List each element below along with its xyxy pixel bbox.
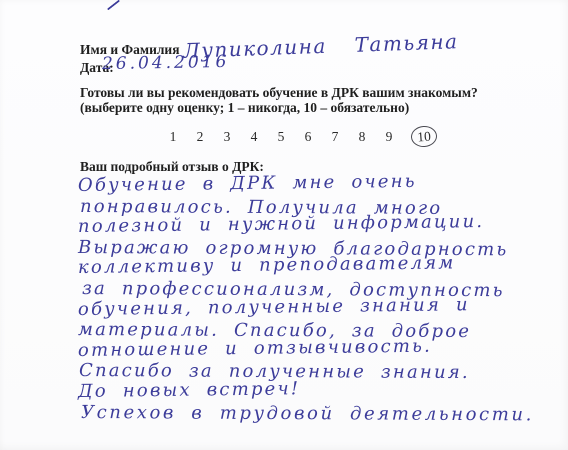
rating-option-1: 1: [166, 129, 180, 145]
rating-option-6: 6: [301, 129, 315, 145]
review-handwritten-text: Обучение в ДРК мне очень понравилось. По…: [78, 176, 534, 423]
review-line: отношение и отзывчивость.: [78, 335, 534, 361]
rating-option-2: 2: [193, 129, 207, 145]
pen-stroke-mark: [107, 0, 120, 10]
rating-option-5: 5: [274, 129, 288, 145]
scanned-feedback-form: Имя и Фамилия Лупиколина Татьяна Дата: 2…: [0, 0, 568, 450]
rating-option-3: 3: [220, 129, 234, 145]
date-handwritten-value: 26.04.2016: [102, 52, 230, 74]
rating-scale: 1 2 3 4 5 6 7 8 9 10: [166, 126, 437, 147]
rating-option-4: 4: [247, 129, 261, 145]
rating-option-9: 9: [382, 129, 396, 145]
recommend-question: Готовы ли вы рекомендовать обучение в ДР…: [80, 85, 478, 101]
recommend-question-hint: (выберите одну оценку; 1 – никогда, 10 –…: [80, 100, 409, 116]
review-line: коллективу и преподавателям: [78, 253, 534, 279]
review-line: обучения, полученные знания и: [78, 294, 534, 320]
rating-option-8: 8: [355, 129, 369, 145]
rating-option-7: 7: [328, 129, 342, 145]
review-line: Обучение в ДРК мне очень: [78, 170, 534, 196]
review-line: полезной и нужной информации.: [78, 212, 534, 238]
review-line: До новых встреч!: [78, 376, 534, 402]
review-line: Успехов в трудовой деятельности.: [81, 403, 534, 426]
rating-option-10-circled: 10: [410, 125, 437, 148]
